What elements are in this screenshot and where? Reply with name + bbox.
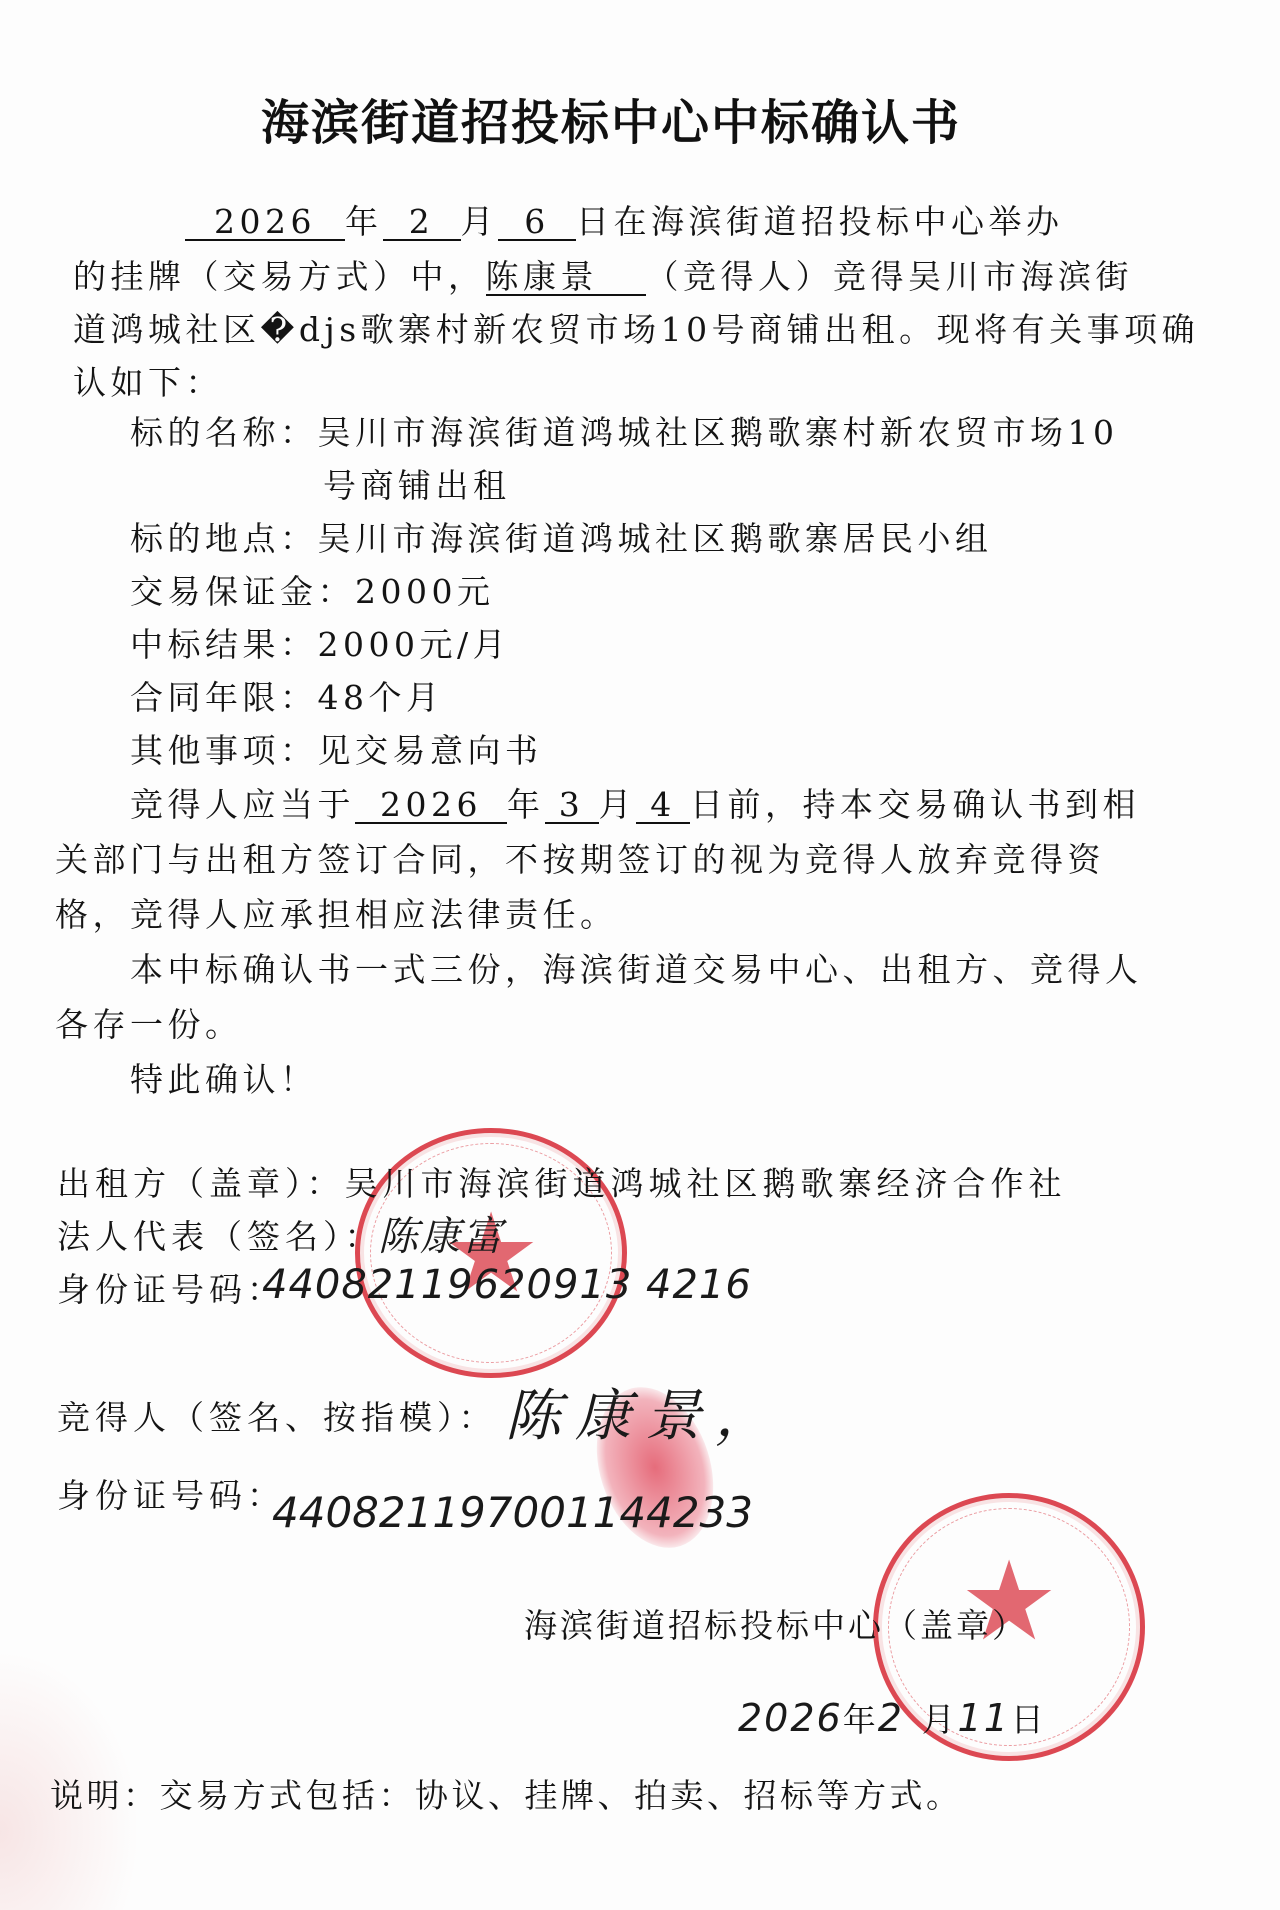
field-label: 中标结果：: [130, 625, 318, 664]
lessor-name: 吴川市海滨街道鸿城社区鹅歌寨经济合作社: [345, 1164, 1067, 1203]
field-label: 合同年限：: [130, 678, 318, 717]
month-suffix: 月: [461, 202, 499, 241]
lessor-id-value: 44082119620913 4216: [262, 1262, 752, 1308]
deadline-line-3: 格，竞得人应承担相应法律责任。: [55, 897, 618, 933]
deadline-month: 3: [545, 788, 599, 824]
field-subject-name: 标的名称：吴川市海滨街道鸿城社区鹅歌寨村新农贸市场10: [130, 415, 1119, 451]
intro-month: 2: [383, 205, 461, 241]
intro-line-2-prefix: 的挂牌（交易方式）中，: [73, 257, 486, 296]
field-term: 合同年限：48个月: [130, 680, 444, 716]
lessor-id-label: 身份证号码：: [57, 1270, 285, 1309]
document-title: 海滨街道招投标中心中标确认书: [0, 84, 1222, 153]
copies-line-1: 本中标确认书一式三份，海滨街道交易中心、出租方、竞得人: [130, 952, 1143, 988]
field-subject-name-cont: 号商铺出租: [323, 468, 511, 504]
intro-line-2: 的挂牌（交易方式）中，陈康景（竞得人）竞得吴川市海滨街: [73, 259, 1133, 296]
intro-line-1-rest: 日在海滨街道招投标中心举办: [576, 202, 1064, 241]
field-value: 2000元: [355, 572, 494, 611]
intro-line-1: 2026年2月6日在海滨街道招投标中心举办: [185, 204, 1064, 241]
field-label: 交易保证金：: [130, 572, 355, 611]
center-date: 2026年2月11日: [738, 1700, 1046, 1738]
closing-text: 特此确认！: [130, 1062, 318, 1098]
winner-sign-line: 竞得人（签名、按指模）：: [57, 1400, 497, 1436]
winner-name: 陈康景: [486, 260, 646, 296]
field-value: 吴川市海滨街道鸿城社区鹅歌寨居民小组: [318, 519, 993, 558]
field-value: 2000元/月: [318, 625, 511, 664]
date-year: 2026: [738, 1696, 843, 1740]
copies-line-2: 各存一份。: [55, 1007, 243, 1043]
field-result: 中标结果：2000元/月: [130, 627, 510, 663]
deadline-line-2: 关部门与出租方签订合同，不按期签订的视为竞得人放弃竞得资: [55, 842, 1105, 878]
field-value: 见交易意向书: [318, 731, 543, 770]
date-month: 2: [878, 1700, 922, 1736]
deadline-day: 4: [636, 788, 690, 824]
winner-id-label: 身份证号码：: [57, 1476, 285, 1515]
intro-line-2-suffix: （竞得人）竞得吴川市海滨街: [646, 257, 1134, 296]
intro-year: 2026: [185, 205, 345, 241]
field-deposit: 交易保证金：2000元: [130, 574, 494, 610]
winner-sign-label: 竞得人（签名、按指模）：: [57, 1398, 497, 1437]
lessor-label: 出租方（盖章）：: [57, 1164, 345, 1203]
winner-id-value: 440821197001144233: [272, 1488, 753, 1537]
field-label: 标的名称：: [130, 413, 318, 452]
field-value: 48个月: [318, 678, 444, 717]
year-suffix: 年: [507, 785, 545, 824]
lessor-rep-line: 法人代表（签名）：: [57, 1219, 383, 1255]
day-suffix: 日: [1011, 1700, 1046, 1739]
lessor-id-line: 身份证号码：: [57, 1272, 285, 1308]
intro-day: 6: [498, 205, 576, 241]
deadline-line-1: 竞得人应当于2026年3月4日前，持本交易确认书到相: [130, 787, 1140, 824]
winner-id-line: 身份证号码：: [57, 1478, 285, 1514]
lessor-rep-label: 法人代表（签名）：: [57, 1217, 383, 1256]
field-label: 标的地点：: [130, 519, 318, 558]
field-label: 其他事项：: [130, 731, 318, 770]
center-seal-label: 海滨街道招标投标中心（盖章）: [524, 1608, 1028, 1644]
lessor-rep-signature: 陈康富: [378, 1205, 504, 1262]
year-suffix: 年: [345, 202, 383, 241]
intro-line-4: 认如下：: [73, 365, 223, 401]
month-suffix: 月: [599, 785, 637, 824]
deadline-year: 2026: [355, 788, 507, 824]
winner-signature: 陈康景，: [505, 1372, 785, 1452]
date-day: 11: [957, 1700, 1011, 1736]
deadline-prefix: 竞得人应当于: [130, 785, 355, 824]
deadline-line-1-rest: 日前，持本交易确认书到相: [690, 785, 1140, 824]
year-suffix: 年: [843, 1700, 878, 1739]
field-subject-location: 标的地点：吴川市海滨街道鸿城社区鹅歌寨居民小组: [130, 521, 993, 557]
field-value: 吴川市海滨街道鸿城社区鹅歌寨村新农贸市场10: [318, 413, 1119, 452]
field-other: 其他事项：见交易意向书: [130, 733, 543, 769]
intro-line-3: 道鸿城社区�djs歌寨村新农贸市场10号商铺出租。现将有关事项确: [73, 312, 1199, 348]
month-suffix: 月: [922, 1700, 957, 1739]
note-text: 说明：交易方式包括：协议、挂牌、拍卖、招标等方式。: [50, 1778, 963, 1814]
lessor-line: 出租方（盖章）：吴川市海滨街道鸿城社区鹅歌寨经济合作社: [57, 1166, 1067, 1202]
